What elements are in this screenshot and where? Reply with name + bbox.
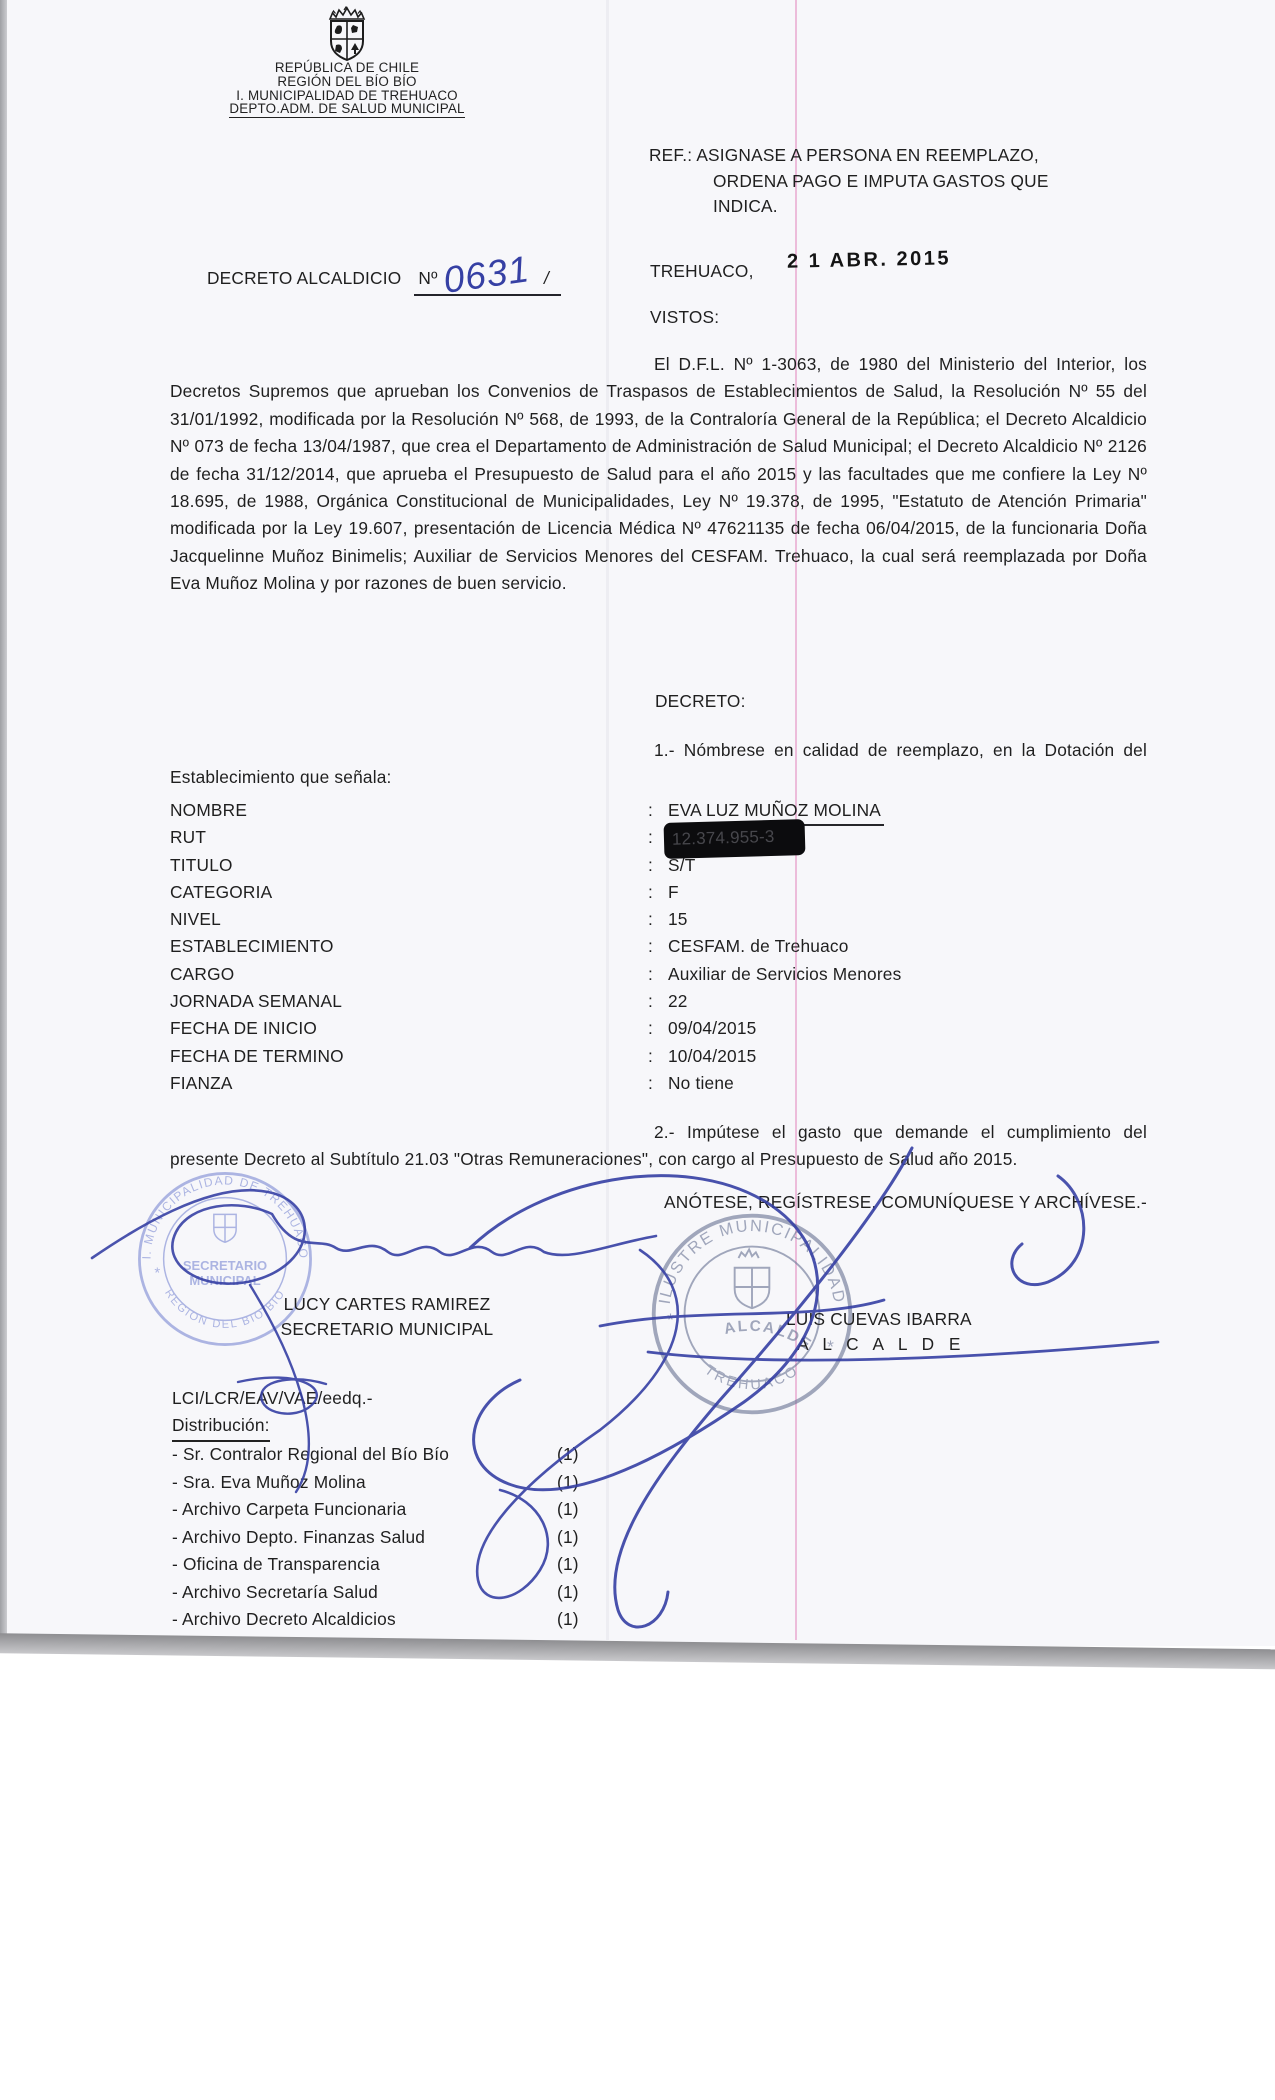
stamp-left-center-line1: SECRETARIO [183,1258,267,1273]
decree-number-prefix: Nº [418,268,437,288]
distribution-item: - Oficina de Transparencia(1) [172,1551,642,1579]
drafting-initials: LCI/LCR/EAV/VAE/eedq.- [172,1385,373,1412]
decree-number-suffix: / [544,268,549,288]
copies-count: (1) [557,1579,579,1607]
reference-line3: INDICA. [649,194,1154,220]
field-row-fecha-inicio: FECHA DE INICIO:09/04/2015 [170,1015,1147,1042]
stamp-right-ring-bottom: TREHUACO [701,1362,802,1393]
field-row-fianza: FIANZA:No tiene [170,1070,1147,1097]
copies-count: (1) [557,1551,579,1579]
copies-count: (1) [557,1524,579,1552]
appointment-fields: NOMBRE:EVA LUZ MUÑOZ MOLINA RUT:12.374.9… [170,797,1147,1097]
field-row-nivel: NIVEL:15 [170,906,1147,933]
field-row-establecimiento: ESTABLECIMIENTO:CESFAM. de Trehuaco [170,933,1147,960]
stamp-right-star-left-icon: * [667,1310,674,1330]
decreto-heading: DECRETO: [655,688,746,715]
decreto-item1: 1.- Nómbrese en calidad de reemplazo, en… [170,737,1147,792]
signatory-right-name: LUIS CUEVAS IBARRA [786,1306,972,1333]
distribution-item: - Archivo Carpeta Funcionaria(1) [172,1496,642,1524]
letterhead-region: REGIÓN DEL BÍO BÍO [197,75,497,89]
decree-number-group: Nº 0631 / [414,265,561,296]
decree-title-label: DECRETO ALCALDICIO [207,268,401,288]
field-row-fecha-termino: FECHA DE TERMINO:10/04/2015 [170,1043,1147,1070]
decree-title: DECRETO ALCALDICIO Nº 0631 / [207,265,561,296]
field-row-nombre: NOMBRE:EVA LUZ MUÑOZ MOLINA [170,797,1147,824]
vistos-heading: VISTOS: [650,304,719,331]
reference-line1: REF.: ASIGNASE A PERSONA EN REEMPLAZO, [649,143,1154,169]
field-row-cargo: CARGO:Auxiliar de Servicios Menores [170,961,1147,988]
redacted-rut-value: 12.374.955-3 [664,819,806,859]
field-row-jornada: JORNADA SEMANAL:22 [170,988,1147,1015]
letterhead: REPÚBLICA DE CHILE REGIÓN DEL BÍO BÍO I.… [197,61,497,118]
distribution-item: - Sr. Contralor Regional del Bío Bío(1) [172,1441,642,1469]
letterhead-country: REPÚBLICA DE CHILE [197,61,497,75]
distribution-item: - Archivo Decreto Alcaldicios(1) [172,1606,642,1634]
vistos-body: El D.F.L. Nº 1-3063, de 1980 del Ministe… [170,351,1147,598]
distribution-item: - Archivo Depto. Finanzas Salud(1) [172,1524,642,1552]
field-row-categoria: CATEGORIA:F [170,879,1147,906]
scanned-decree-page: { "colors": { "paper": "#f7f7fa", "ink":… [0,0,1275,2100]
svg-text:TREHUACO: TREHUACO [701,1362,802,1393]
distribution-heading: Distribución: [172,1412,270,1442]
stamp-left-center-line2: MUNICIPAL [189,1273,260,1288]
copies-count: (1) [557,1441,579,1469]
date-stamp: 2 1 ABR. 2015 [787,247,952,273]
signatory-left-name: LUCY CARTES RAMIREZ [232,1291,542,1318]
scanner-left-edge [0,0,7,1646]
field-row-rut: RUT:12.374.955-3 [170,824,1147,851]
distribution-item: - Sra. Eva Muñoz Molina(1) [172,1469,642,1497]
field-row-titulo: TITULO:S/T [170,852,1147,879]
reference-line2: ORDENA PAGO E IMPUTA GASTOS QUE [649,169,1154,195]
copies-count: (1) [557,1496,579,1524]
copies-count: (1) [557,1469,579,1497]
reference-label: REF.: [649,145,692,165]
signatory-left-role: SECRETARIO MUNICIPAL [232,1316,542,1343]
dateline-city: TREHUACO, [650,258,754,285]
letterhead-municipality: I. MUNICIPALIDAD DE TREHUACO [197,89,497,103]
letterhead-department: DEPTO.ADM. DE SALUD MUNICIPAL [197,102,497,117]
decree-number-handwritten: 0631 [443,264,530,286]
distribution-list: - Sr. Contralor Regional del Bío Bío(1) … [172,1441,642,1634]
signatory-right-role: A L C A L D E [797,1331,965,1358]
reference-block: REF.: ASIGNASE A PERSONA EN REEMPLAZO, O… [649,143,1154,220]
municipal-coat-of-arms-icon [317,6,377,64]
copies-count: (1) [557,1606,579,1634]
stamp-left-star-icon: * [154,1266,160,1282]
distribution-item: - Archivo Secretaría Salud(1) [172,1579,642,1607]
